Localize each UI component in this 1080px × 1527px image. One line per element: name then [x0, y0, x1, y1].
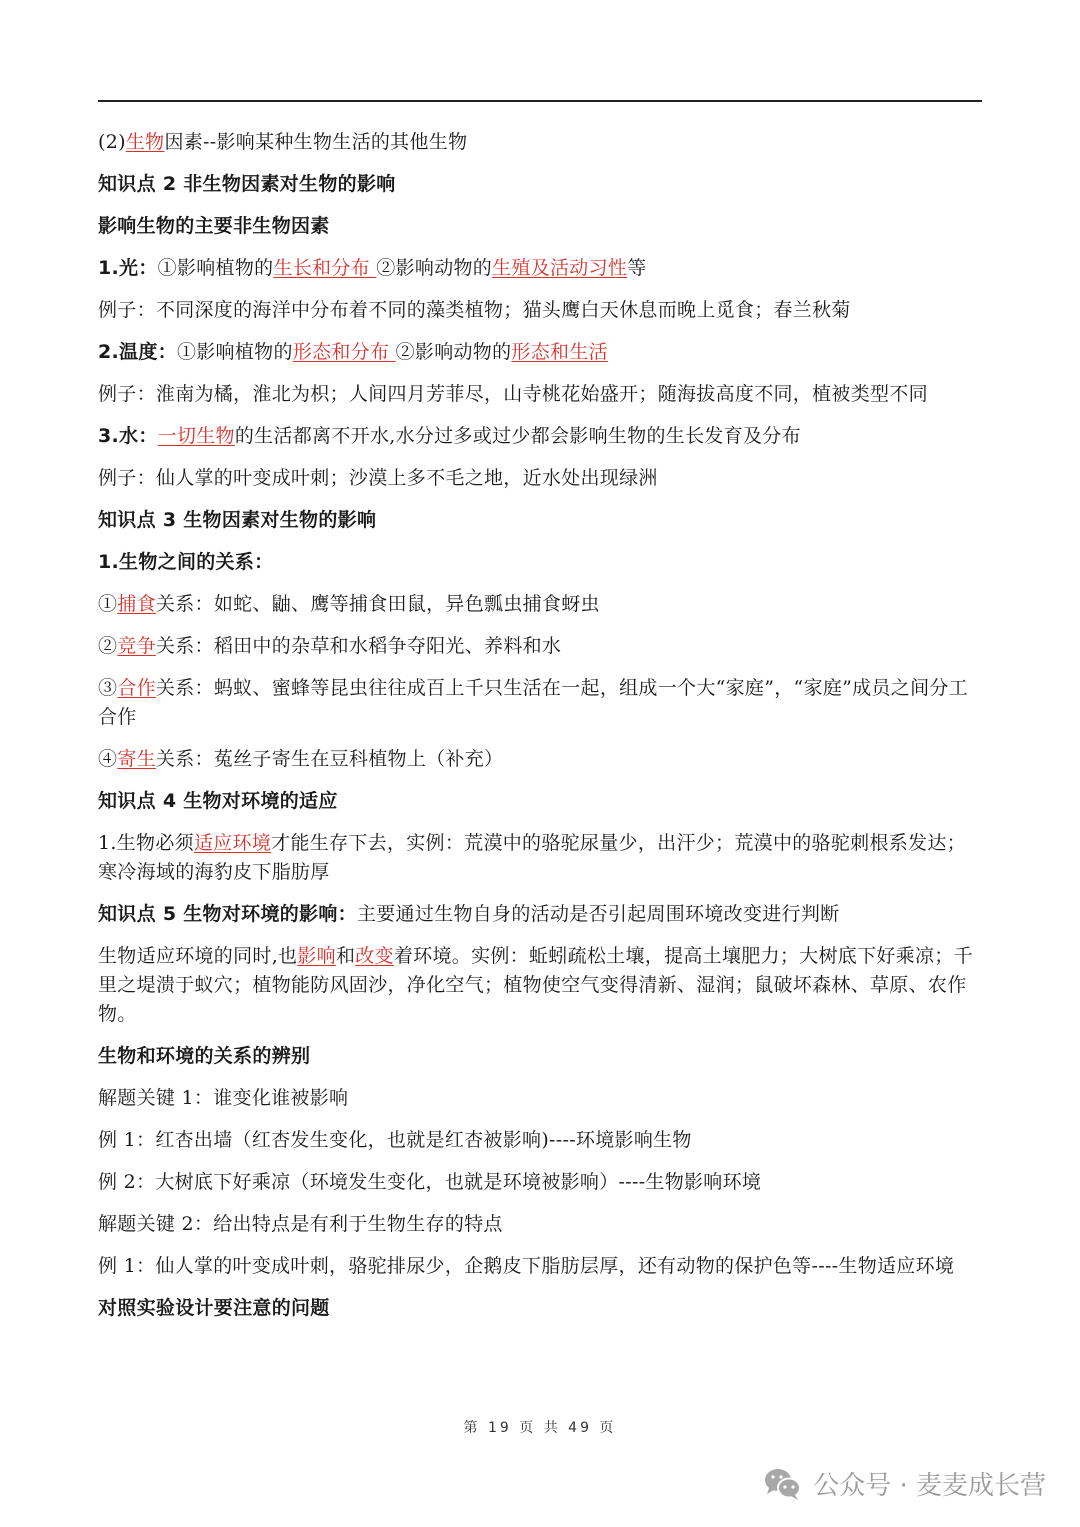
text-run: 影响生物的主要非生物因素 — [98, 215, 330, 237]
section-heading: 知识点 4 生物对环境的适应 — [98, 787, 982, 816]
highlighted-term: 一切生物 — [158, 425, 235, 447]
text-run: 例子：淮南为橘，淮北为枳；人间四月芳菲尽，山寺桃花始盛开；随海拔高度不同，植被类… — [98, 383, 928, 405]
bold-label: 1.生物之间的关系： — [98, 551, 273, 573]
bold-label: 3.水： — [98, 425, 158, 447]
highlighted-term: 捕食 — [117, 593, 156, 615]
paragraph: 知识点 5 生物对环境的影响：主要通过生物自身的活动是否引起周围环境改变进行判断 — [98, 900, 982, 929]
text-run: 关系：稻田中的杂草和水稻争夺阳光、养料和水 — [156, 635, 561, 657]
text-run: 等 — [627, 257, 646, 279]
watermark-text: 公众号 · 麦麦成长营 — [813, 1465, 1046, 1502]
text-run: 知识点 2 非生物因素对生物的影响 — [98, 173, 396, 195]
bold-label: 知识点 5 生物对环境的影响： — [98, 903, 357, 925]
paragraph: 生物适应环境的同时,也影响和改变着环境。实例：蚯蚓疏松土壤，提高土壤肥力；大树底… — [98, 942, 982, 1029]
watermark: 公众号 · 麦麦成长营 — [763, 1465, 1046, 1502]
paragraph: ④寄生关系：菟丝子寄生在豆科植物上（补充） — [98, 745, 982, 774]
paragraph: 解题关键 2：给出特点是有利于生物生存的特点 — [98, 1210, 982, 1239]
section-heading: 知识点 3 生物因素对生物的影响 — [98, 506, 982, 535]
text-run: 关系：蚂蚁、蜜蜂等昆虫往往成百上千只生活在一起，组成一个大“家庭”，“家庭”成员… — [98, 677, 968, 728]
text-run: ④ — [98, 748, 117, 770]
bold-label: 1.光： — [98, 257, 158, 279]
highlighted-term: 适应环境 — [194, 832, 271, 854]
paragraph: 例 1：仙人掌的叶变成叶刺，骆驼排尿少，企鹅皮下脂肪层厚，还有动物的保护色等--… — [98, 1252, 982, 1281]
page-number: 第 19 页 共 49 页 — [0, 1417, 1080, 1437]
text-run: 对照实验设计要注意的问题 — [98, 1297, 330, 1319]
paragraph: 例子：仙人掌的叶变成叶刺；沙漠上多不毛之地，近水处出现绿洲 — [98, 464, 982, 493]
text-run: 例 1：红杏出墙（红杏发生变化，也就是红杏被影响)----环境影响生物 — [98, 1129, 692, 1151]
text-run: 的生活都离不开水,水分过多或过少都会影响生物的生长发育及分布 — [235, 425, 801, 447]
text-run: 知识点 4 生物对环境的适应 — [98, 790, 338, 812]
paragraph: ①捕食关系：如蛇、鼬、鹰等捕食田鼠，异色瓢虫捕食蚜虫 — [98, 590, 982, 619]
text-run: (2) — [98, 131, 126, 153]
highlighted-term: 寄生 — [117, 748, 156, 770]
highlighted-term: 生长和分布 — [273, 257, 376, 279]
bold-label: 2.温度： — [98, 341, 177, 363]
text-run: ②影响动物的 — [396, 341, 512, 363]
text-run: 和 — [336, 945, 355, 967]
paragraph: 例子：不同深度的海洋中分布着不同的藻类植物；猫头鹰白天休息而晚上觅食；春兰秋菊 — [98, 296, 982, 325]
paragraph: 例子：淮南为橘，淮北为枳；人间四月芳菲尽，山寺桃花始盛开；随海拔高度不同，植被类… — [98, 380, 982, 409]
paragraph: ③合作关系：蚂蚁、蜜蜂等昆虫往往成百上千只生活在一起，组成一个大“家庭”，“家庭… — [98, 674, 982, 732]
text-run: ③ — [98, 677, 117, 699]
paragraph: 解题关键 1：谁变化谁被影响 — [98, 1084, 982, 1113]
paragraph: 2.温度：①影响植物的形态和分布 ②影响动物的形态和生活 — [98, 338, 982, 367]
highlighted-term: 改变 — [355, 945, 394, 967]
section-heading: 知识点 2 非生物因素对生物的影响 — [98, 170, 982, 199]
text-run: 生物和环境的关系的辨别 — [98, 1045, 310, 1067]
text-run: 例子：仙人掌的叶变成叶刺；沙漠上多不毛之地，近水处出现绿洲 — [98, 467, 658, 489]
text-run: 生物适应环境的同时,也 — [98, 945, 297, 967]
header-rule — [98, 100, 982, 102]
highlighted-term: 生物 — [126, 131, 165, 153]
text-run: 例 1：仙人掌的叶变成叶刺，骆驼排尿少，企鹅皮下脂肪层厚，还有动物的保护色等--… — [98, 1255, 954, 1277]
text-run: 例 2：大树底下好乘凉（环境发生变化，也就是环境被影响）----生物影响环境 — [98, 1171, 761, 1193]
section-heading: 影响生物的主要非生物因素 — [98, 212, 982, 241]
highlighted-term: 形态和分布 — [293, 341, 396, 363]
text-run: 因素--影响某种生物生活的其他生物 — [164, 131, 467, 153]
text-run: 1.生物必须 — [98, 832, 194, 854]
highlighted-term: 合作 — [117, 677, 156, 699]
text-run: ① — [98, 593, 117, 615]
paragraph: (2)生物因素--影响某种生物生活的其他生物 — [98, 128, 982, 157]
text-run: ①影响植物的 — [158, 257, 274, 279]
paragraph: 1.生物必须适应环境才能生存下去，实例：荒漠中的骆驼尿量少，出汗少；荒漠中的骆驼… — [98, 829, 982, 887]
text-run: 例子：不同深度的海洋中分布着不同的藻类植物；猫头鹰白天休息而晚上觅食；春兰秋菊 — [98, 299, 851, 321]
text-run: 知识点 3 生物因素对生物的影响 — [98, 509, 376, 531]
text-run: 解题关键 1：谁变化谁被影响 — [98, 1087, 348, 1109]
highlighted-term: 竞争 — [117, 635, 156, 657]
text-run: 关系：如蛇、鼬、鹰等捕食田鼠，异色瓢虫捕食蚜虫 — [156, 593, 600, 615]
text-run: 解题关键 2：给出特点是有利于生物生存的特点 — [98, 1213, 503, 1235]
highlighted-term: 影响 — [297, 945, 336, 967]
section-heading: 生物和环境的关系的辨别 — [98, 1042, 982, 1071]
text-run: 关系：菟丝子寄生在豆科植物上（补充） — [156, 748, 503, 770]
paragraph: 例 2：大树底下好乘凉（环境发生变化，也就是环境被影响）----生物影响环境 — [98, 1168, 982, 1197]
paragraph: ②竞争关系：稻田中的杂草和水稻争夺阳光、养料和水 — [98, 632, 982, 661]
section-heading: 对照实验设计要注意的问题 — [98, 1294, 982, 1323]
text-run: ①影响植物的 — [177, 341, 293, 363]
text-run: 主要通过生物自身的活动是否引起周围环境改变进行判断 — [357, 903, 840, 925]
text-run: ②影响动物的 — [376, 257, 492, 279]
paragraph: 例 1：红杏出墙（红杏发生变化，也就是红杏被影响)----环境影响生物 — [98, 1126, 982, 1155]
paragraph: 3.水：一切生物的生活都离不开水,水分过多或过少都会影响生物的生长发育及分布 — [98, 422, 982, 451]
text-run: ② — [98, 635, 117, 657]
highlighted-term: 生殖及活动习性 — [492, 257, 627, 279]
document-body: (2)生物因素--影响某种生物生活的其他生物知识点 2 非生物因素对生物的影响影… — [98, 128, 982, 1336]
paragraph: 1.光：①影响植物的生长和分布 ②影响动物的生殖及活动习性等 — [98, 254, 982, 283]
highlighted-term: 形态和生活 — [511, 341, 608, 363]
wechat-icon — [763, 1467, 803, 1501]
paragraph: 1.生物之间的关系： — [98, 548, 982, 577]
